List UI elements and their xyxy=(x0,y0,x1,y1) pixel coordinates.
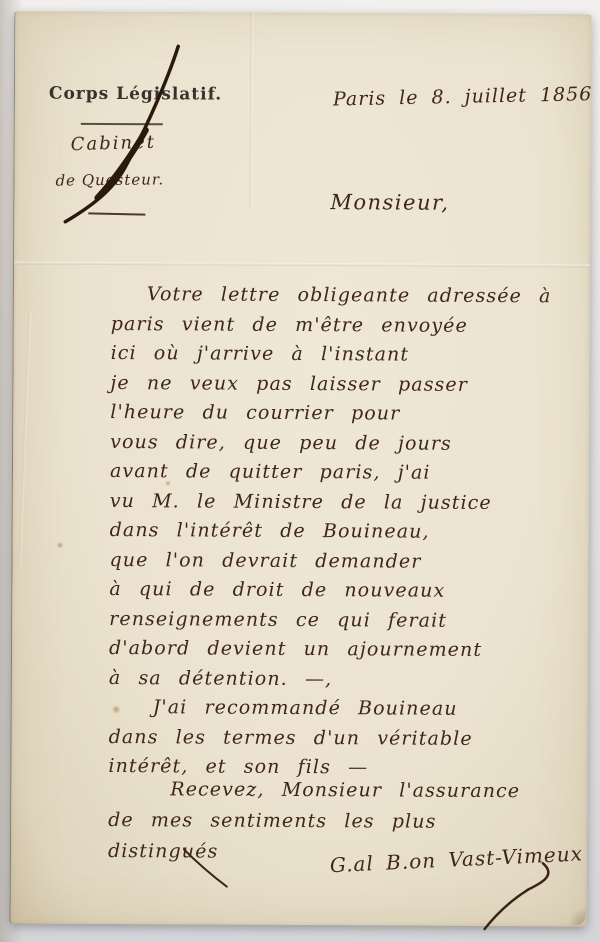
handwriting-line: que l'on devrait demander xyxy=(109,545,589,577)
handwriting-line: J'ai recommandé Bouineau xyxy=(109,693,589,725)
handwriting-line: vous dire, que peu de jours xyxy=(110,428,590,460)
handwriting-line: l'heure du courrier pour xyxy=(110,398,590,430)
handwriting-line: de mes sentiments les plus xyxy=(108,805,588,839)
handwriting-line: vu M. le Ministre de la justice xyxy=(110,486,590,518)
handwriting-line: paris vient de m'être envoyée xyxy=(111,310,591,342)
ink-flourish-stroke xyxy=(49,42,190,233)
handwriting-line: je ne veux pas laisser passer xyxy=(110,369,590,401)
salutation: Monsieur, xyxy=(330,190,449,215)
letter-body: Votre lettre obligeante adressée à paris… xyxy=(108,280,591,784)
handwriting-line: dans les termes d'un véritable xyxy=(109,722,589,754)
handwriting-line: d'abord devient un ajournement xyxy=(109,634,589,666)
handwriting-line: à qui de droit de nouveaux xyxy=(109,575,589,607)
fox-spot xyxy=(57,542,64,549)
handwriting-line: à sa détention. —, xyxy=(109,663,589,695)
handwriting-line: dans l'intérêt de Bouineau, xyxy=(110,516,590,548)
handwriting-line: renseignements ce qui ferait xyxy=(109,604,589,636)
paper-crease xyxy=(249,13,253,208)
handwriting-line: avant de quitter paris, j'ai xyxy=(110,457,590,489)
handwriting-line: Votre lettre obligeante adressée à xyxy=(111,280,591,312)
paper-crease xyxy=(18,312,31,572)
pen-tail-stroke xyxy=(179,844,234,892)
paper-crease xyxy=(14,261,590,267)
signature-flourish-stroke xyxy=(451,859,581,935)
handwriting-line: ici où j'arrive à l'instant xyxy=(111,339,591,371)
handwriting-line: Recevez, Monsieur l'assurance xyxy=(108,774,588,808)
letter-paper: Corps Législatif. Cabinet de Questeur. P… xyxy=(11,11,592,926)
handwritten-date: Paris le 8. juillet 1856 xyxy=(333,83,593,110)
